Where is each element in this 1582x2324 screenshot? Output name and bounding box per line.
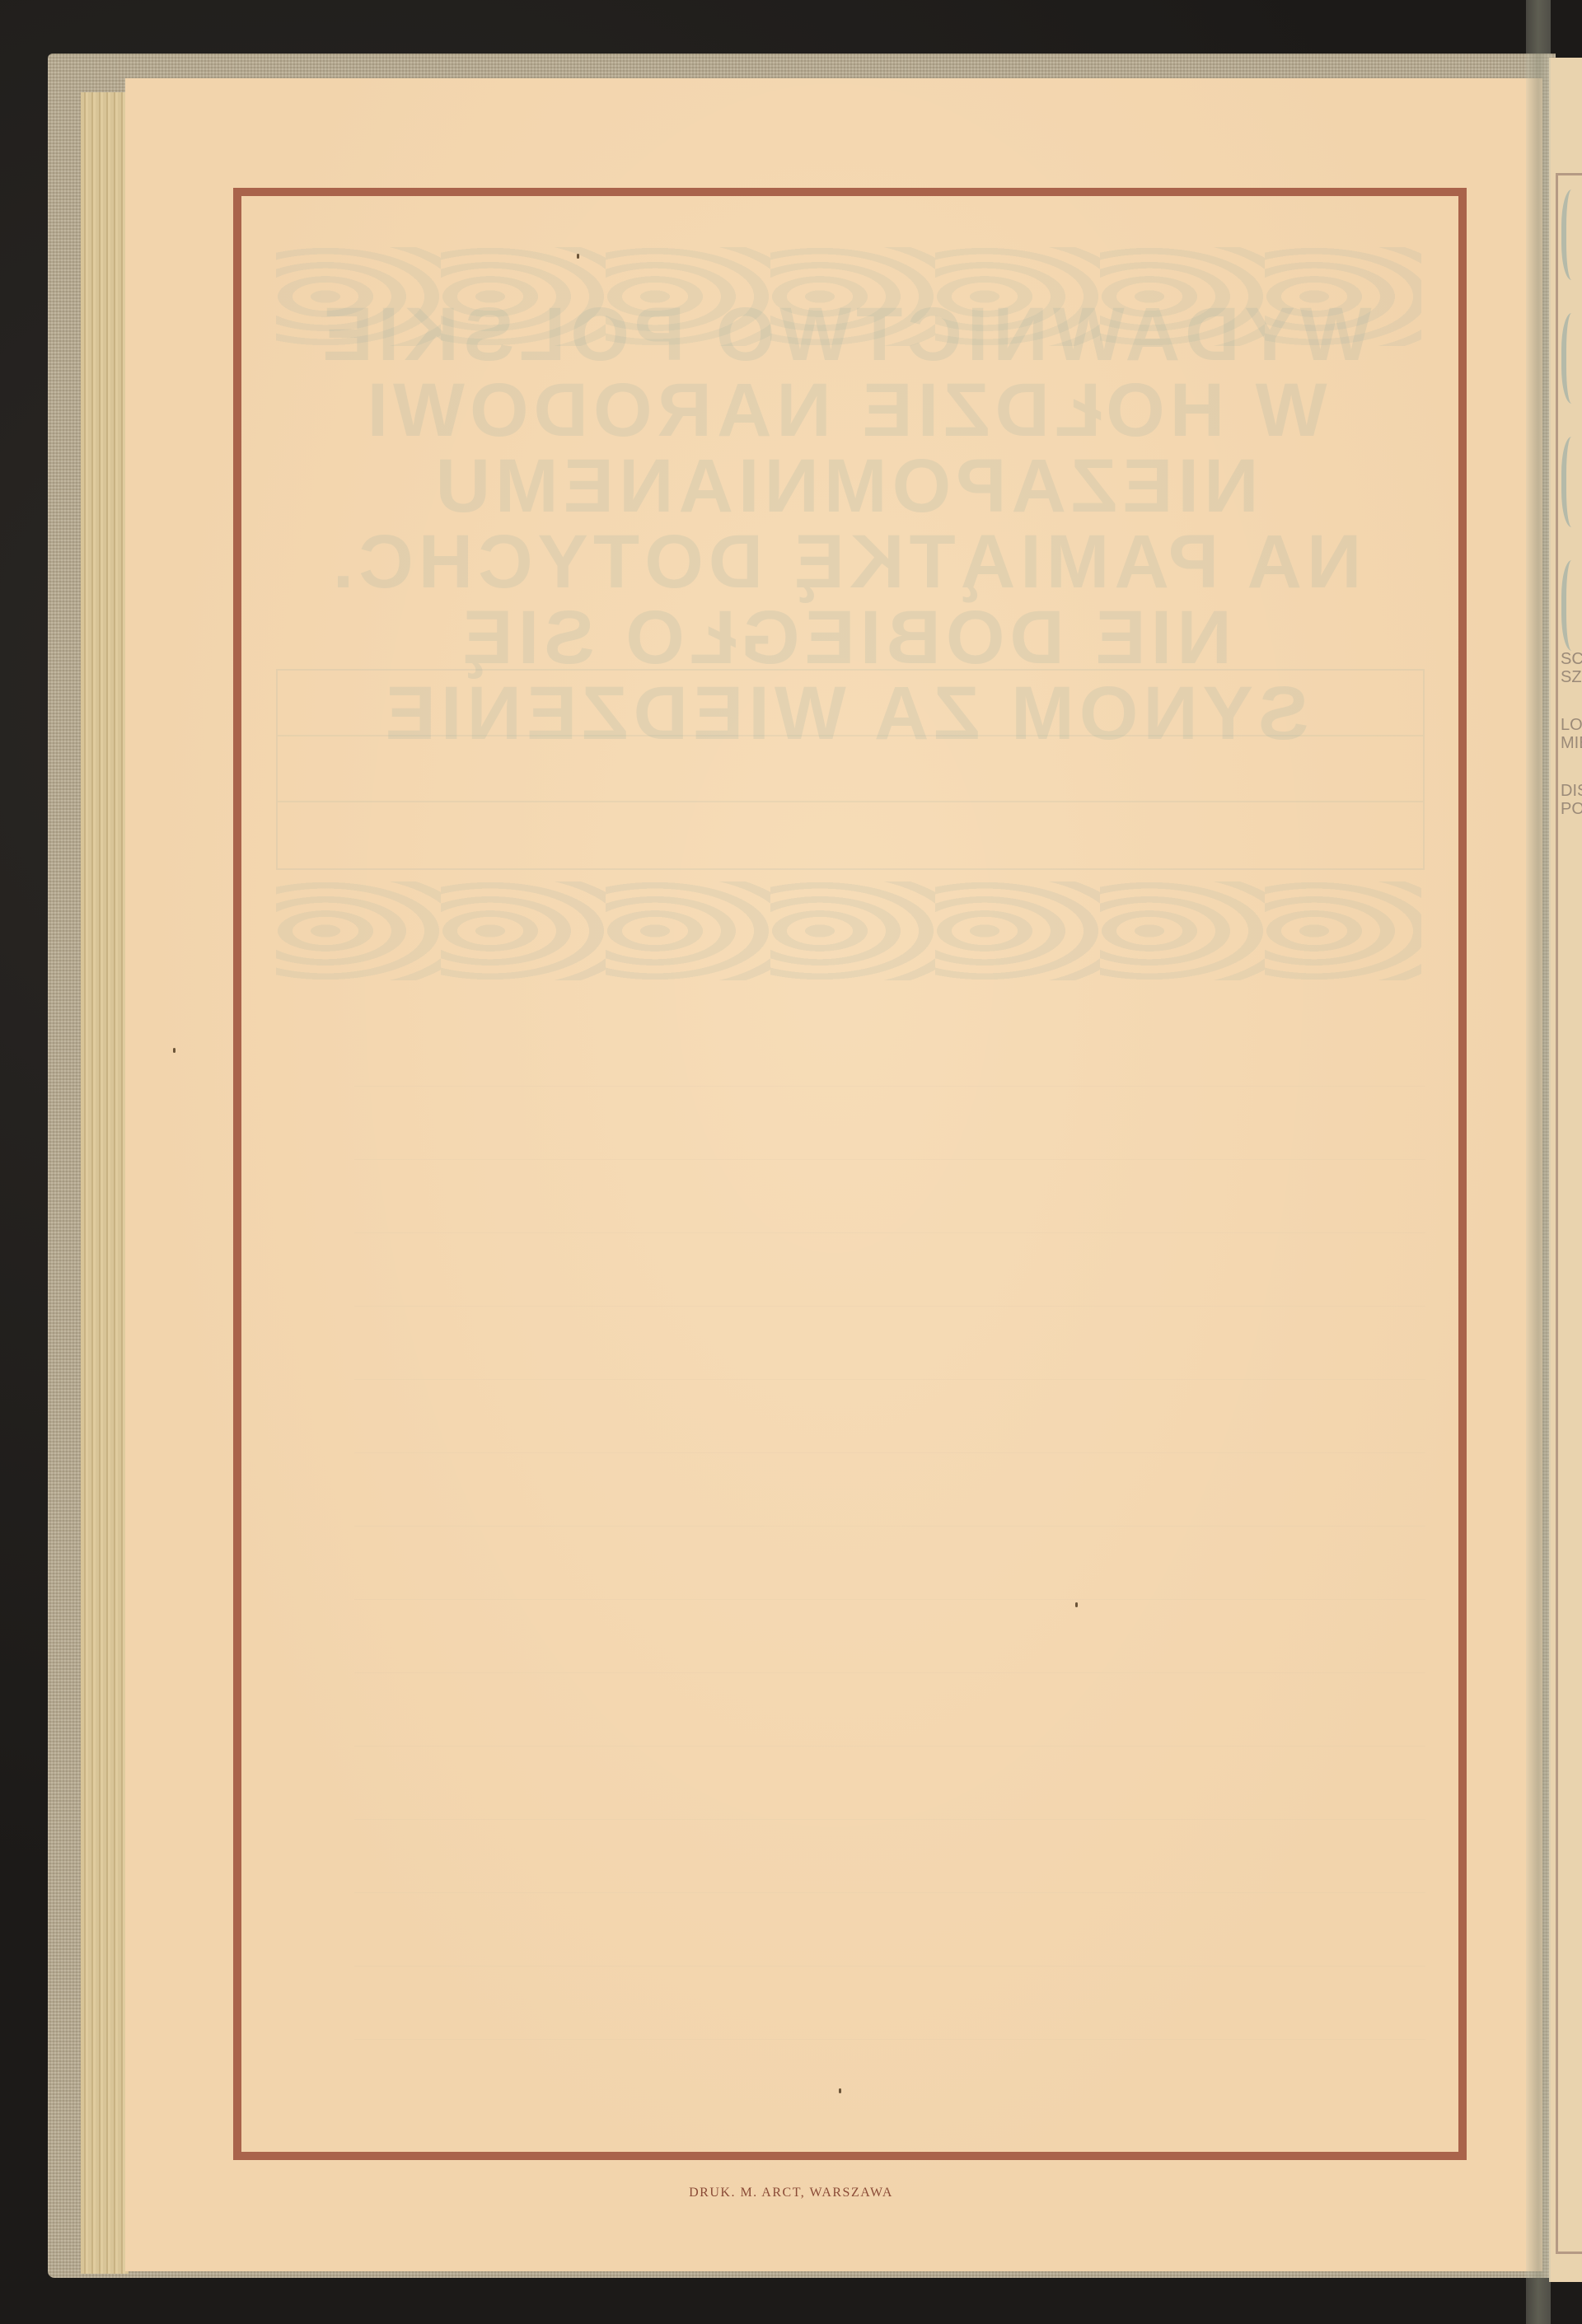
neighbor-ornament: [1561, 560, 1582, 651]
paper-speck: [1075, 1602, 1078, 1607]
neighbor-ornament: [1561, 313, 1582, 404]
neighbor-label: DIS: [1561, 783, 1582, 799]
paper-speck: [577, 254, 579, 259]
neighbor-ornament: [1561, 437, 1582, 527]
neighbor-label: MIE: [1561, 735, 1582, 751]
paper-speck: [173, 1048, 176, 1053]
printer-imprint: DRUK. M. ARCT, WARSZAWA: [0, 2186, 1582, 2200]
page-edges: [81, 92, 129, 2274]
paper-speck: [839, 2088, 841, 2093]
neighbor-ornament: [1561, 189, 1582, 280]
neighbor-label: PO: [1561, 801, 1582, 817]
neighbor-label: LOG: [1561, 717, 1582, 733]
neighbor-label: SCH: [1561, 651, 1582, 667]
neighbor-label: SZK: [1561, 669, 1582, 685]
decorative-border-frame: [233, 188, 1467, 2160]
scanner-glass-edge: [1526, 0, 1551, 2324]
